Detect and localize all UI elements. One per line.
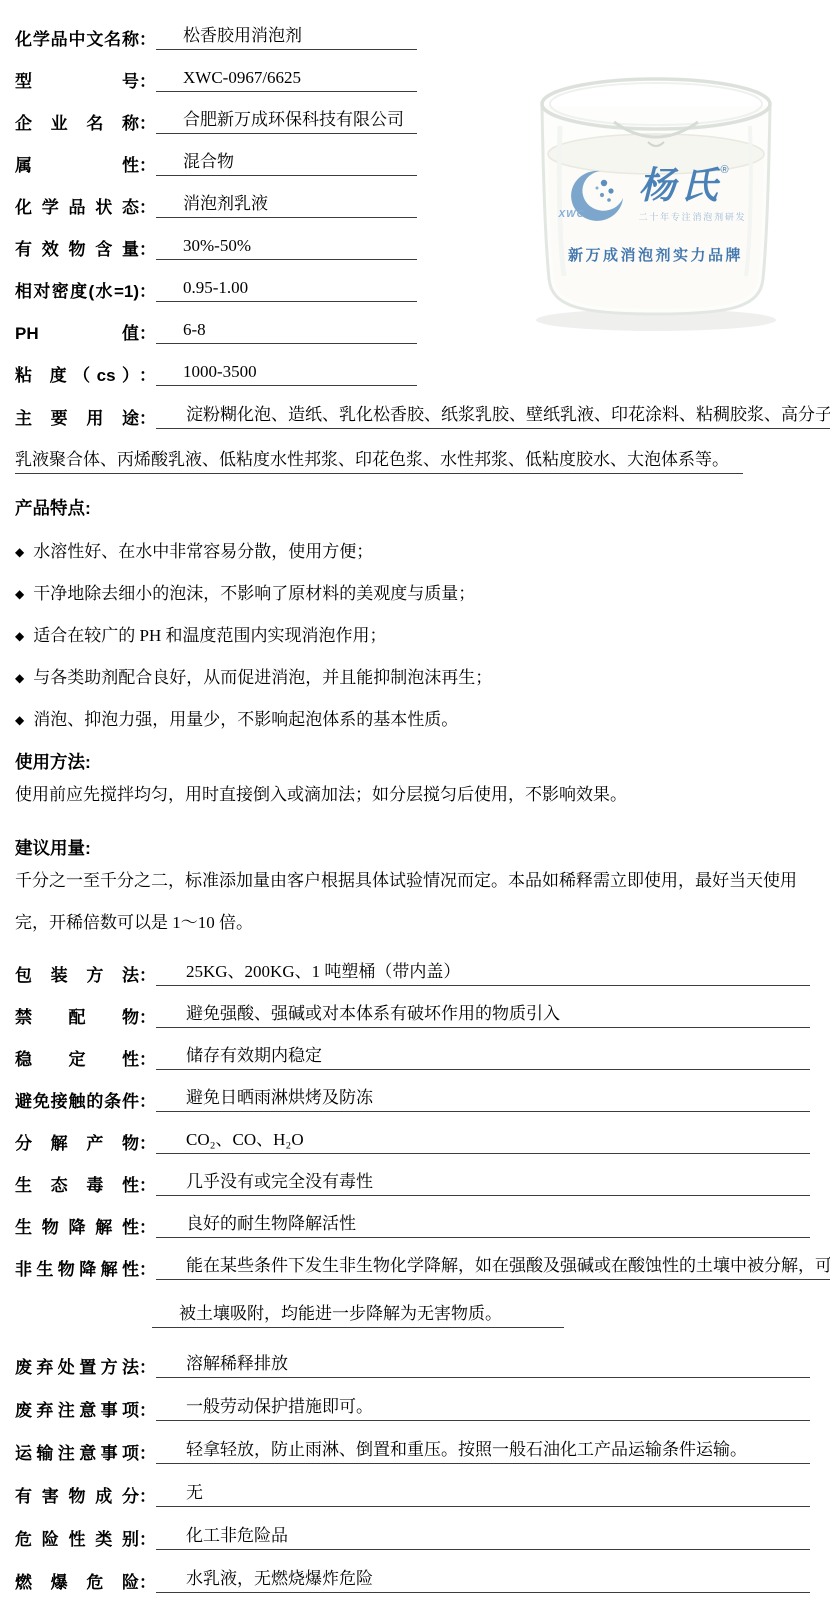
field-eco-toxicity: 生态毒性：几乎没有或完全没有毒性 <box>15 1154 810 1196</box>
feature-text: 干净地除去细小的泡沫，不影响了原材料的美观度与质量； <box>33 579 475 604</box>
field-label: 非生物降解性 <box>15 1259 139 1280</box>
field-colon: ： <box>139 113 156 134</box>
usage-text: 使用前应先搅拌均匀，用时直接倒入或滴加法；如分层搅匀后使用，不影响效果。 <box>15 774 810 816</box>
field-value: 30%-50% <box>156 235 417 260</box>
brand-name: 杨氏 <box>638 166 722 207</box>
field-value: 6-8 <box>156 319 417 344</box>
field-colon: ： <box>139 1133 156 1154</box>
field-transport-precautions: 运输注意事项：轻拿轻放，防止雨淋、倒置和重压。按照一般石油化工产品运输条件运输。 <box>15 1421 810 1464</box>
field-value: 一般劳动保护措施即可。 <box>156 1396 810 1421</box>
field-label: 粘 度（cs） <box>15 365 139 386</box>
field-label: 有害物成分 <box>15 1486 139 1507</box>
field-waste-disposal: 废弃处置方法：溶解稀释排放 <box>15 1328 810 1378</box>
section-title-dosage: 建议用量: <box>15 816 810 860</box>
field-value: 轻拿轻放，防止雨淋、倒置和重压。按照一般石油化工产品运输条件运输。 <box>156 1439 810 1464</box>
section-title-features: 产品特点: <box>15 474 810 520</box>
field-label: 包装方法 <box>15 965 139 986</box>
field-value: 乳液聚合体、丙烯酸乳液、低粘度水性邦浆、印花色浆、水性邦浆、低粘度胶水、大泡体系… <box>15 449 743 474</box>
field-non-bio-degradability-line2: 被土壤吸附，均能进一步降解为无害物质。 <box>15 1280 810 1328</box>
product-photo-beaker: XWC 杨氏® 二十年专注消泡剂研发 新万成消泡剂实力品牌 <box>498 46 813 341</box>
field-label: 分解产物 <box>15 1133 139 1154</box>
field-value: 能在某些条件下发生非生物化学降解，如在强酸及强碱或在酸蚀性的土壤中被分解，可 <box>156 1255 830 1280</box>
field-incompatibles: 禁配物：避免强酸、强碱或对本体系有破坏作用的物质引入 <box>15 986 810 1028</box>
field-colon: ： <box>139 239 156 260</box>
field-colon: ： <box>139 365 156 386</box>
field-value: CO₂、CO、H₂O <box>156 1129 810 1154</box>
field-colon: ： <box>139 408 156 429</box>
field-label: 企业名称 <box>15 113 139 134</box>
field-fire-explosion-hazard: 燃爆危险：水乳液，无燃烧爆炸危险 <box>15 1550 810 1593</box>
field-biodegradability: 生物降解性：良好的耐生物降解活性 <box>15 1196 810 1238</box>
field-colon: ： <box>139 1486 156 1507</box>
field-value: XWC-0967/6625 <box>156 67 417 92</box>
field-label: 禁配物 <box>15 1007 139 1028</box>
field-relative-density: 相对密度(水=1)：0.95-1.00 <box>15 260 417 302</box>
field-colon: ： <box>139 1175 156 1196</box>
moon-logo-icon: XWC <box>564 168 628 226</box>
field-value: 无 <box>156 1482 810 1507</box>
field-label: 有效物含量 <box>15 239 139 260</box>
field-label: 生态毒性 <box>15 1175 139 1196</box>
field-colon: ： <box>139 1400 156 1421</box>
field-label: 生物降解性 <box>15 1217 139 1238</box>
field-label: 相对密度(水=1) <box>15 281 139 302</box>
field-non-bio-degradability: 非生物降解性：能在某些条件下发生非生物化学降解，如在强酸及强碱或在酸蚀性的土壤中… <box>15 1238 810 1280</box>
field-colon: ： <box>139 1529 156 1550</box>
field-value: 松香胶用消泡剂 <box>156 25 417 50</box>
feature-item: ◆与各类助剂配合良好，从而促进消泡，并且能抑制泡沫再生； <box>15 646 810 688</box>
feature-text: 水溶性好、在水中非常容易分散，使用方便； <box>33 537 373 562</box>
field-label: 型号 <box>15 71 139 92</box>
field-label: 属性 <box>15 155 139 176</box>
field-main-use-line2: 乳液聚合体、丙烯酸乳液、低粘度水性邦浆、印花色浆、水性邦浆、低粘度胶水、大泡体系… <box>15 429 810 474</box>
field-value: 淀粉糊化泡、造纸、乳化松香胶、纸浆乳胶、壁纸乳液、印花涂料、粘稠胶浆、高分子 <box>156 404 830 429</box>
field-label: 危险性类别 <box>15 1529 139 1550</box>
field-packing-method: 包装方法：25KG、200KG、1 吨塑桶（带内盖） <box>15 944 810 986</box>
field-ph-value: PH 值：6-8 <box>15 302 417 344</box>
field-decomposition-products: 分解产物：CO₂、CO、H₂O <box>15 1112 810 1154</box>
field-value: 25KG、200KG、1 吨塑桶（带内盖） <box>156 961 810 986</box>
field-colon: ： <box>139 1259 156 1280</box>
field-active-content: 有效物含量：30%-50% <box>15 218 417 260</box>
feature-item: ◆消泡、抑泡力强，用量少，不影响起泡体系的基本性质。 <box>15 688 810 730</box>
field-label: 废弃注意事项 <box>15 1400 139 1421</box>
diamond-bullet-icon: ◆ <box>15 672 24 684</box>
field-value: 1000-3500 <box>156 361 417 386</box>
field-colon: ： <box>139 1572 156 1593</box>
brand-logo-block: XWC 杨氏® 二十年专注消泡剂研发 新万成消泡剂实力品牌 <box>498 168 813 265</box>
field-label: 避免接触的条件 <box>15 1091 139 1112</box>
field-value: 良好的耐生物降解活性 <box>156 1213 810 1238</box>
field-conditions-to-avoid: 避免接触的条件：避免日晒雨淋烘烤及防冻 <box>15 1070 810 1112</box>
field-colon: ： <box>139 197 156 218</box>
field-label: 化学品中文名称 <box>15 29 139 50</box>
field-value: 合肥新万成环保科技有限公司 <box>156 109 417 134</box>
xwc-logo-text: XWC <box>558 209 584 220</box>
field-colon: ： <box>139 71 156 92</box>
field-value: 水乳液，无燃烧爆炸危险 <box>156 1568 810 1593</box>
field-model-number: 型号：XWC-0967/6625 <box>15 50 417 92</box>
field-stability: 稳定性：储存有效期内稳定 <box>15 1028 810 1070</box>
field-hazard-class: 危险性类别：化工非危险品 <box>15 1507 810 1550</box>
field-main-use: 主要用途：淀粉糊化泡、造纸、乳化松香胶、纸浆乳胶、壁纸乳液、印花涂料、粘稠胶浆、… <box>15 386 810 429</box>
field-colon: ： <box>139 1091 156 1112</box>
field-colon: ： <box>139 1007 156 1028</box>
field-label: 运输注意事项 <box>15 1443 139 1464</box>
field-value: 0.95-1.00 <box>156 277 417 302</box>
field-colon: ： <box>139 281 156 302</box>
field-colon: ： <box>139 965 156 986</box>
field-label: 稳定性 <box>15 1049 139 1070</box>
feature-item: ◆干净地除去细小的泡沫，不影响了原材料的美观度与质量； <box>15 562 810 604</box>
field-value: 储存有效期内稳定 <box>156 1045 810 1070</box>
field-colon: ： <box>139 29 156 50</box>
feature-text: 适合在较广的 PH 和温度范围内实现消泡作用； <box>33 621 386 646</box>
feature-item: ◆适合在较广的 PH 和温度范围内实现消泡作用； <box>15 604 810 646</box>
diamond-bullet-icon: ◆ <box>15 714 24 726</box>
field-label: 废弃处置方法 <box>15 1357 139 1378</box>
brand-slogan: 新万成消泡剂实力品牌 <box>498 244 813 265</box>
field-colon: ： <box>139 155 156 176</box>
field-value: 避免强酸、强碱或对本体系有破坏作用的物质引入 <box>156 1003 810 1028</box>
field-value: 避免日晒雨淋烘烤及防冻 <box>156 1087 810 1112</box>
field-chemical-state: 化学品状态：消泡剂乳液 <box>15 176 417 218</box>
field-colon: ： <box>139 323 156 344</box>
diamond-bullet-icon: ◆ <box>15 546 24 558</box>
feature-text: 与各类助剂配合良好，从而促进消泡，并且能抑制泡沫再生； <box>33 663 492 688</box>
product-spec-document: { "ui": { "colon": "：", "bullet": "◆" },… <box>0 0 830 1618</box>
field-label: 主要用途 <box>15 408 139 429</box>
diamond-bullet-icon: ◆ <box>15 588 24 600</box>
field-company-name: 企业名称：合肥新万成环保科技有限公司 <box>15 92 417 134</box>
brand-tagline: 二十年专注消泡剂研发 <box>638 210 746 223</box>
field-value: 被土壤吸附，均能进一步降解为无害物质。 <box>152 1303 564 1328</box>
feature-text: 消泡、抑泡力强，用量少，不影响起泡体系的基本性质。 <box>33 705 458 730</box>
section-title-usage: 使用方法: <box>15 730 810 774</box>
feature-item: ◆水溶性好、在水中非常容易分散，使用方便； <box>15 520 810 562</box>
field-attribute: 属性：混合物 <box>15 134 417 176</box>
field-label: 化学品状态 <box>15 197 139 218</box>
field-colon: ： <box>139 1357 156 1378</box>
registered-mark: ® <box>720 164 728 176</box>
field-colon: ： <box>139 1049 156 1070</box>
field-waste-precautions: 废弃注意事项：一般劳动保护措施即可。 <box>15 1378 810 1421</box>
field-viscosity: 粘 度（cs）：1000-3500 <box>15 344 417 386</box>
field-label: 燃爆危险 <box>15 1572 139 1593</box>
field-colon: ： <box>139 1443 156 1464</box>
field-value: 溶解稀释排放 <box>156 1353 810 1378</box>
field-harmful-components: 有害物成分：无 <box>15 1464 810 1507</box>
field-value: 化工非危险品 <box>156 1525 810 1550</box>
field-value: 几乎没有或完全没有毒性 <box>156 1171 810 1196</box>
field-value: 消泡剂乳液 <box>156 193 417 218</box>
field-value: 混合物 <box>156 151 417 176</box>
field-label: PH 值 <box>15 323 139 344</box>
field-chemical-name: 化学品中文名称：松香胶用消泡剂 <box>15 8 417 50</box>
dosage-text: 千分之一至千分之二，标准添加量由客户根据具体试验情况而定。本品如稀释需立即使用，… <box>15 860 810 944</box>
field-colon: ： <box>139 1217 156 1238</box>
diamond-bullet-icon: ◆ <box>15 630 24 642</box>
